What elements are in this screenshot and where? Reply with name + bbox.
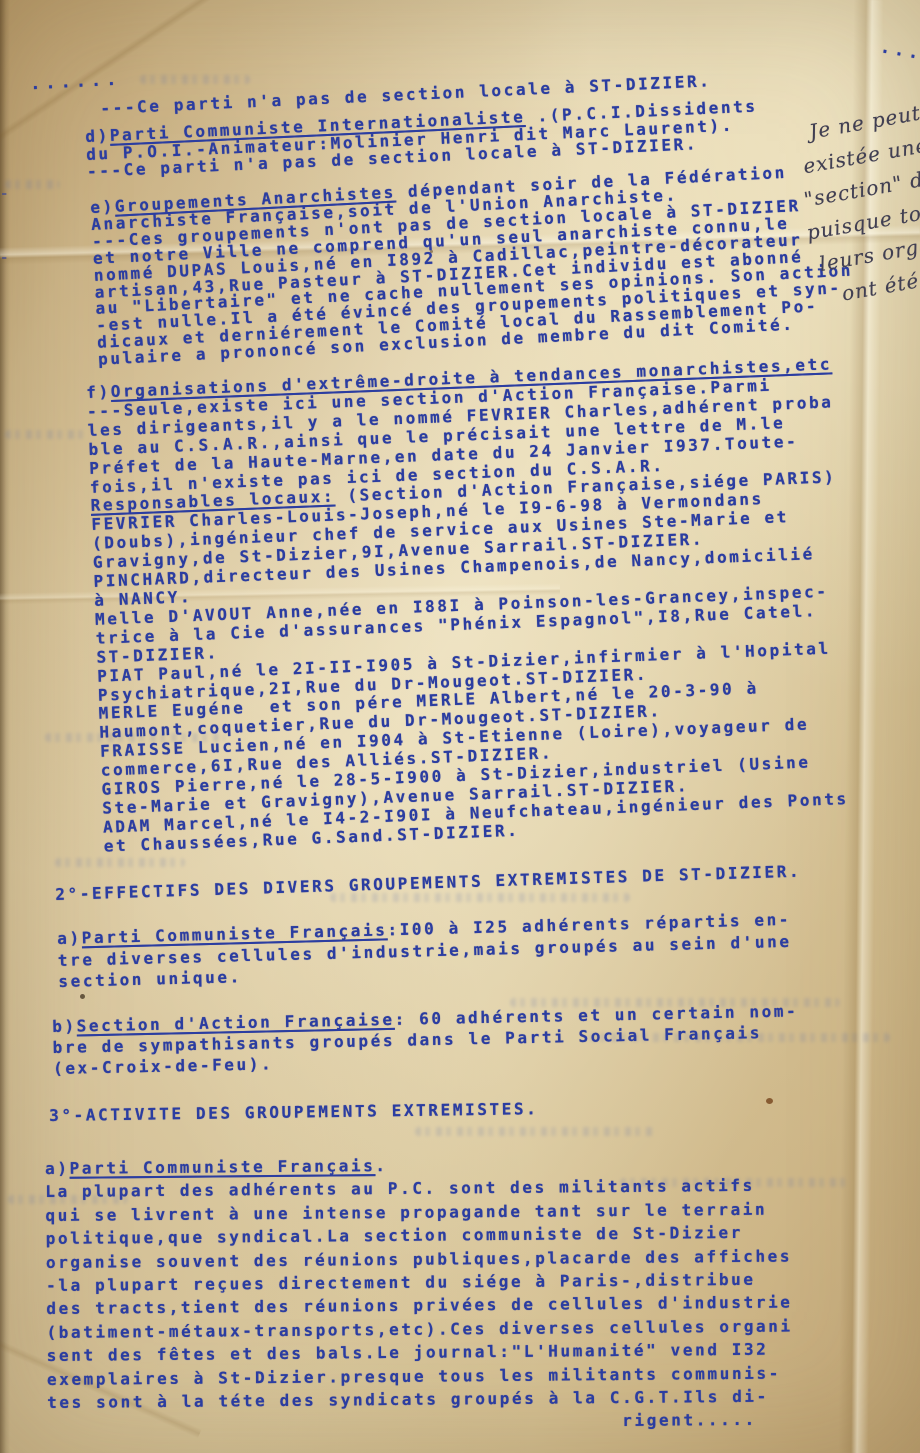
paper-speck: [80, 994, 85, 999]
text-line: 3°-ACTIVITE DES GROUPEMENTS EXTREMISTES.: [49, 1098, 539, 1127]
paragraph-effectifs-parti-communiste: a)Parti Communiste Français:I00 à I25 ad…: [57, 909, 792, 993]
heading-activite-groupements: 3°-ACTIVITE DES GROUPEMENTS EXTREMISTES.: [49, 1098, 539, 1127]
ellipsis-dots-top-right: ....: [879, 37, 920, 67]
edge-mark: -: [0, 186, 8, 202]
edge-mark: -: [0, 250, 8, 266]
paragraph-activite-parti-communiste: a)Parti Communiste Français.La plupart d…: [45, 1150, 794, 1437]
paper-speck: [766, 1098, 773, 1104]
paragraph-organisations-extreme-droite: f)Organisations d'extrême-droite à tenda…: [86, 355, 850, 856]
bleed-through-mark: [5, 430, 85, 439]
bleed-through-mark: [140, 75, 250, 84]
bleed-through-mark: [55, 858, 185, 867]
bleed-through-mark: [5, 180, 60, 189]
document-page: ...... .... - - ---Ce parti n'a pas de s…: [0, 0, 920, 1453]
bleed-through-mark: [415, 1127, 655, 1136]
paragraph-effectifs-action-francaise: b)Section d'Action Française: 60 adhéren…: [52, 1000, 799, 1079]
ellipsis-dots-top-left: ......: [30, 70, 122, 95]
paragraph-groupements-anarchistes: e)Groupements Anarchistes dépendant soir…: [90, 162, 856, 369]
page-left-edge-shadow: [0, 0, 10, 1453]
